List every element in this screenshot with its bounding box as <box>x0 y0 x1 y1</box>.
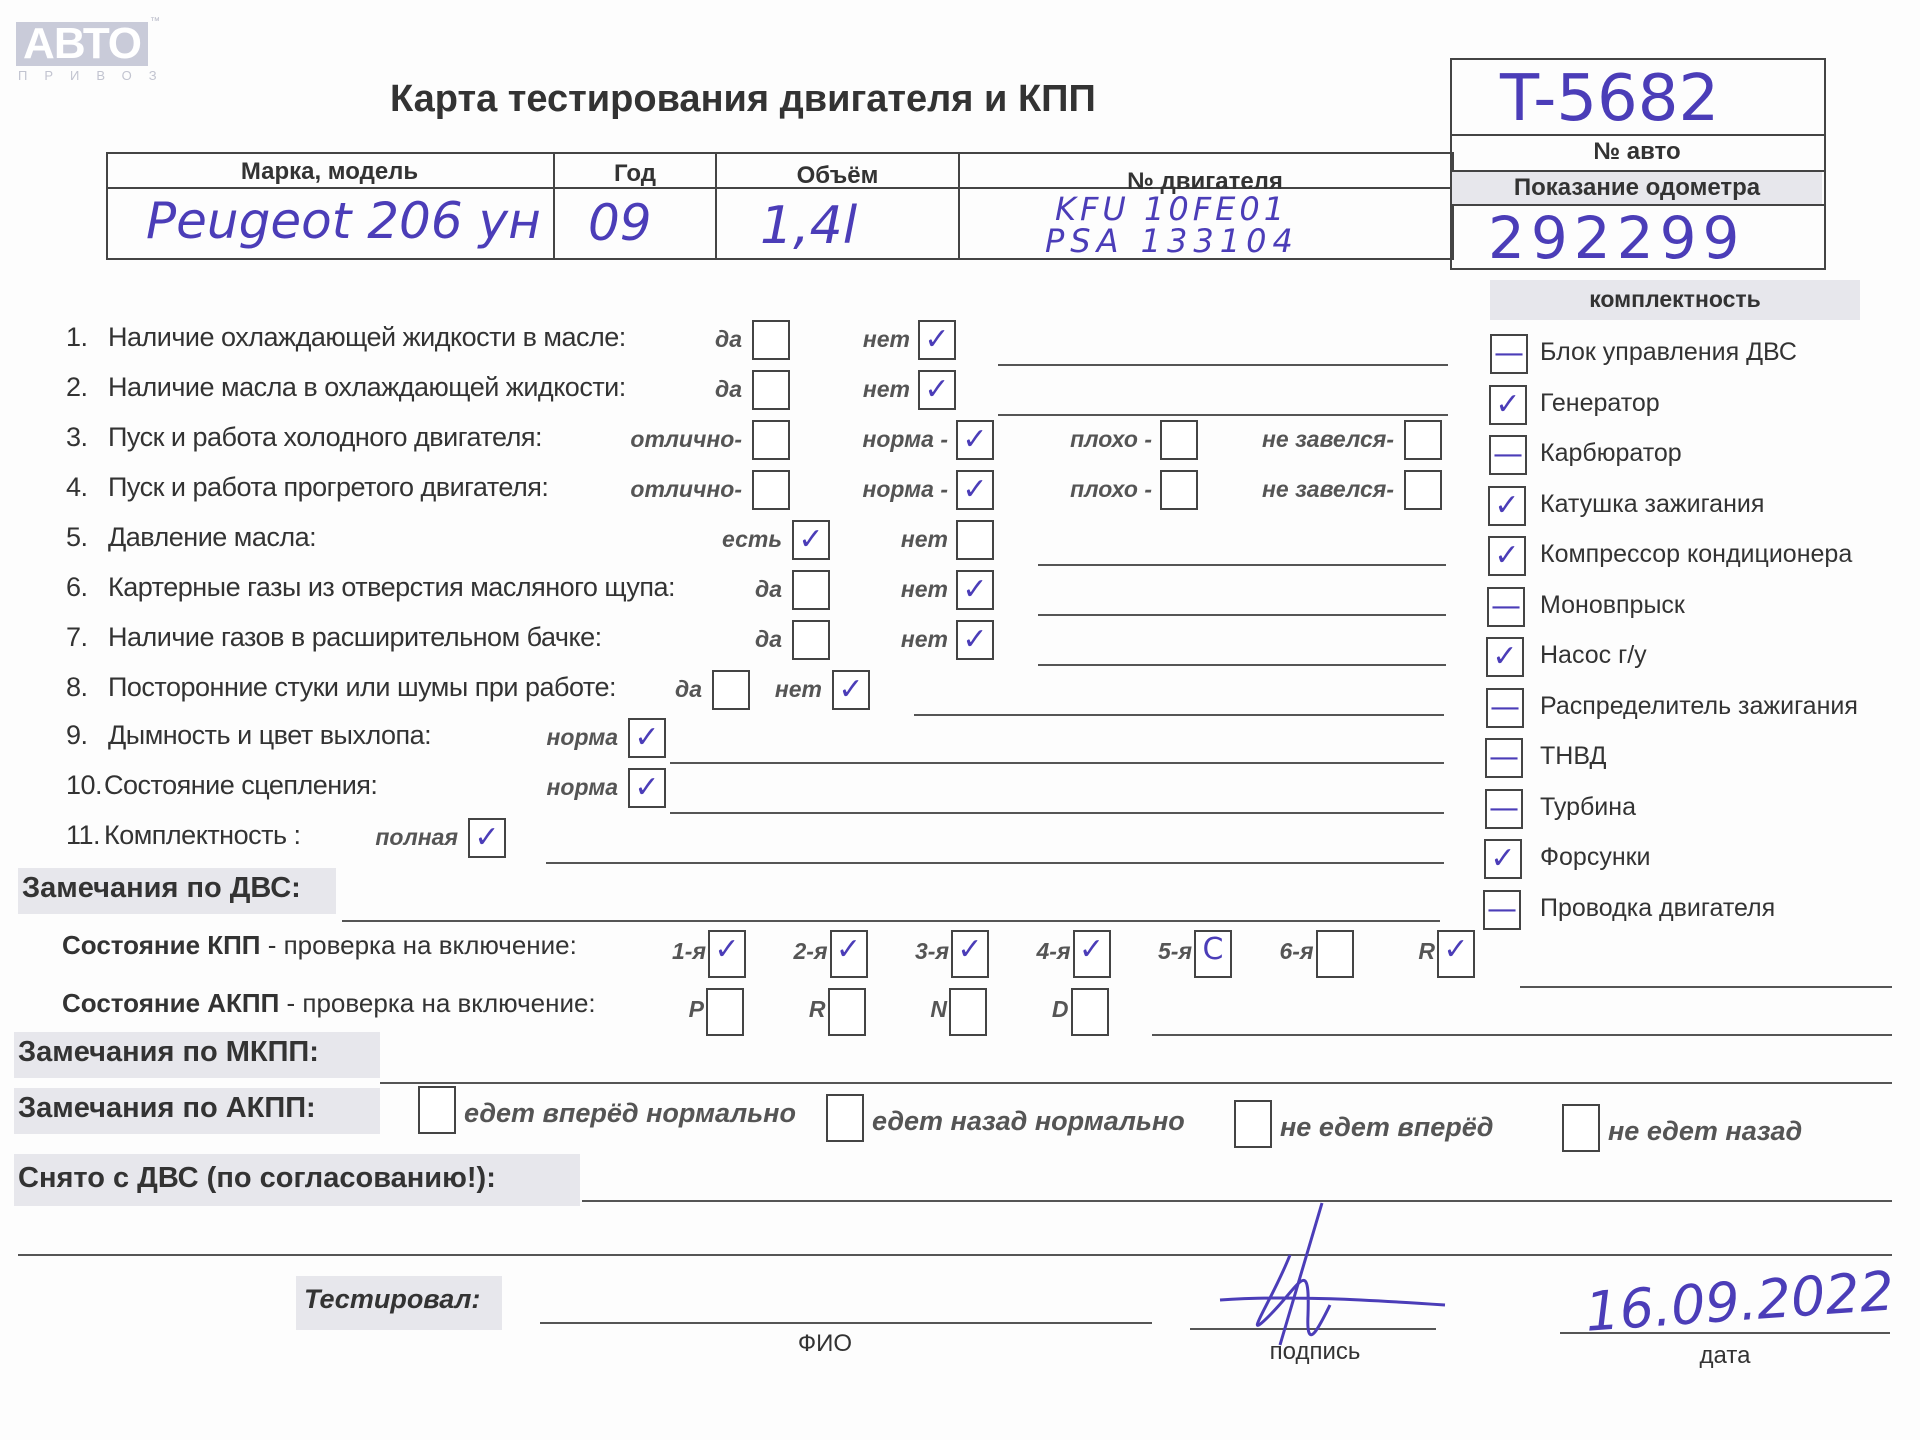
kit-checkbox[interactable]: — <box>1489 435 1527 475</box>
option-checkbox[interactable] <box>1160 470 1198 510</box>
kit-checkbox[interactable]: ✓ <box>1484 839 1522 879</box>
kit-item-label: Форсунки <box>1540 843 1651 872</box>
kit-item-label: Турбина <box>1540 793 1636 822</box>
gear-checkbox[interactable]: ✓ <box>1437 930 1475 978</box>
option-label: да <box>675 676 702 703</box>
notes-line[interactable] <box>670 812 1444 814</box>
option-checkbox[interactable] <box>956 520 994 560</box>
notes-line[interactable] <box>546 862 1444 864</box>
question-text: Давление масла: <box>108 522 316 553</box>
remarks-auto-label: Замечания по АКПП: <box>18 1092 316 1125</box>
option-label: не завелся- <box>1262 426 1394 453</box>
option-checkbox[interactable] <box>792 620 830 660</box>
tested-by-label: Тестировал: <box>304 1284 480 1315</box>
question-text: Состояние сцепления: <box>104 770 377 801</box>
option-checkbox[interactable]: ✓ <box>832 670 870 710</box>
kit-checkbox[interactable]: ✓ <box>1488 486 1526 526</box>
question-number: 8. <box>66 672 88 703</box>
question-number: 3. <box>66 422 88 453</box>
question-text: Комплектность : <box>104 820 301 851</box>
option-label: нет <box>901 626 948 653</box>
logo-trademark: ™ <box>150 16 160 27</box>
model-value[interactable]: Peugeot 206 ун <box>146 192 541 250</box>
fio-label: ФИО <box>740 1330 910 1358</box>
question-number: 5. <box>66 522 88 553</box>
kit-checkbox[interactable]: — <box>1483 890 1521 930</box>
odometer-label: Показание одометра <box>1450 174 1824 202</box>
option-label: да <box>715 376 742 403</box>
auto-remark-checkbox[interactable] <box>1562 1104 1600 1152</box>
gear-checkbox[interactable]: ✓ <box>951 930 989 978</box>
option-label: норма <box>547 774 619 801</box>
date-label: дата <box>1640 1342 1810 1370</box>
option-label: да <box>755 626 782 653</box>
option-label: есть <box>722 526 782 553</box>
option-checkbox[interactable]: ✓ <box>628 768 666 808</box>
question-number: 7. <box>66 622 88 653</box>
gear-label: N <box>930 996 947 1023</box>
auto-remark-checkbox[interactable] <box>418 1086 456 1134</box>
option-label: нет <box>863 376 910 403</box>
gear-label: D <box>1052 996 1069 1023</box>
question-text: Пуск и работа холодного двигателя: <box>108 422 542 453</box>
auto-remark-label: едет вперёд нормально <box>464 1098 796 1129</box>
gear-label: R <box>1418 938 1435 965</box>
notes-line[interactable] <box>1038 664 1446 666</box>
kit-checkbox[interactable]: — <box>1490 334 1528 374</box>
kit-item-label: Блок управления ДВС <box>1540 338 1797 367</box>
auto-gearbox-label-rest: - проверка на включение: <box>279 988 595 1018</box>
gear-checkbox[interactable]: ✓ <box>830 930 868 978</box>
gear-label: 3-я <box>915 938 949 965</box>
kit-item-label: Компрессор кондиционера <box>1540 540 1852 569</box>
option-checkbox[interactable]: ✓ <box>956 470 994 510</box>
removed-line-2[interactable] <box>18 1254 1892 1256</box>
question-text: Пуск и работа прогретого двигателя: <box>108 472 548 503</box>
auto-gearbox-line[interactable] <box>1152 1034 1892 1036</box>
volume-value[interactable]: 1,4l <box>760 196 857 256</box>
gear-label: 1-я <box>672 938 706 965</box>
option-checkbox[interactable]: ✓ <box>628 718 666 758</box>
gear-label: 5-я <box>1158 938 1192 965</box>
kit-checkbox[interactable]: — <box>1487 587 1525 627</box>
remarks-engine-line[interactable] <box>342 920 1440 922</box>
question-number: 2. <box>66 372 88 403</box>
notes-line[interactable] <box>914 714 1444 716</box>
option-checkbox[interactable] <box>752 470 790 510</box>
option-checkbox[interactable] <box>1404 420 1442 460</box>
option-checkbox[interactable] <box>1404 470 1442 510</box>
question-text: Картерные газы из отверстия масляного щу… <box>108 572 675 603</box>
option-checkbox[interactable] <box>752 370 790 410</box>
remarks-manual-label: Замечания по МКПП: <box>18 1036 319 1069</box>
option-checkbox[interactable]: ✓ <box>956 570 994 610</box>
question-text: Наличие охлаждающей жидкости в масле: <box>108 322 626 353</box>
question-number: 11. <box>66 820 100 851</box>
option-label: да <box>715 326 742 353</box>
gear-label: 6-я <box>1280 938 1314 965</box>
signature-mark <box>1210 1195 1460 1355</box>
auto-remark-label: не едет назад <box>1608 1116 1802 1147</box>
gear-label: R <box>809 996 826 1023</box>
option-label: плохо - <box>1070 426 1152 453</box>
option-checkbox[interactable] <box>752 420 790 460</box>
kit-checkbox[interactable]: ✓ <box>1488 536 1526 576</box>
option-checkbox[interactable] <box>792 570 830 610</box>
kit-item-label: Насос г/у <box>1540 641 1647 670</box>
auto-remark-label: не едет вперёд <box>1280 1112 1493 1143</box>
odometer-value[interactable]: 292299 <box>1488 204 1745 272</box>
column-header-model: Марка, модель <box>106 158 553 186</box>
kit-item-label: Проводка двигателя <box>1540 894 1775 923</box>
option-label: нет <box>775 676 822 703</box>
option-checkbox[interactable]: ✓ <box>792 520 830 560</box>
option-checkbox[interactable] <box>1160 420 1198 460</box>
question-text: Посторонние стуки или шумы при работе: <box>108 672 616 703</box>
option-label: нет <box>901 576 948 603</box>
option-label: нет <box>901 526 948 553</box>
document-page: АВТО ™ ПРИВОЗ Карта тестирования двигате… <box>0 0 1920 1440</box>
option-checkbox[interactable] <box>752 320 790 360</box>
manual-gearbox-label-bold: Состояние КПП <box>62 930 261 960</box>
auto-gearbox-label: Состояние АКПП - проверка на включение: <box>62 988 596 1019</box>
auto-remark-checkbox[interactable] <box>826 1094 864 1142</box>
question-number: 9. <box>66 720 88 751</box>
notes-line[interactable] <box>998 364 1448 366</box>
column-header-volume: Объём <box>717 162 958 190</box>
year-value[interactable]: 09 <box>588 194 652 252</box>
auto-remark-checkbox[interactable] <box>1234 1100 1272 1148</box>
option-checkbox[interactable]: ✓ <box>918 320 956 360</box>
page-title: Карта тестирования двигателя и КПП <box>390 78 1096 121</box>
kit-checkbox[interactable]: — <box>1485 738 1523 778</box>
question-text: Наличие газов в расширительном бачке: <box>108 622 602 653</box>
option-label: норма - <box>862 426 948 453</box>
notes-line[interactable] <box>670 762 1444 764</box>
gear-checkbox[interactable]: ✓ <box>1073 930 1111 978</box>
gear-checkbox[interactable] <box>1071 988 1109 1036</box>
question-text: Дымность и цвет выхлопа: <box>108 720 431 751</box>
notes-line[interactable] <box>998 414 1448 416</box>
option-label: норма <box>547 724 619 751</box>
gear-label: 4-я <box>1037 938 1071 965</box>
notes-line[interactable] <box>1038 564 1446 566</box>
question-number: 10. <box>66 770 102 801</box>
option-label: да <box>755 576 782 603</box>
fio-line[interactable] <box>540 1322 1152 1324</box>
option-label: отлично- <box>630 476 742 503</box>
manual-gearbox-label-rest: - проверка на включение: <box>261 930 577 960</box>
kit-checkbox[interactable]: ✓ <box>1489 385 1527 425</box>
question-text: Наличие масла в охлаждающей жидкости: <box>108 372 626 403</box>
gear-checkbox[interactable]: C <box>1194 930 1232 978</box>
gear-checkbox[interactable] <box>828 988 866 1036</box>
remarks-manual-line[interactable] <box>380 1082 1892 1084</box>
option-label: полная <box>375 824 458 851</box>
gear-label: 2-я <box>794 938 828 965</box>
kit-checkbox[interactable]: — <box>1485 789 1523 829</box>
engine-no-line2[interactable]: PSA 133104 <box>1045 222 1299 260</box>
option-checkbox[interactable]: ✓ <box>956 420 994 460</box>
auto-remark-label: едет назад нормально <box>872 1106 1185 1137</box>
gear-checkbox[interactable] <box>1316 930 1354 978</box>
kit-title: комплектность <box>1490 286 1860 313</box>
kit-item-label: Катушка зажигания <box>1540 490 1764 519</box>
car-number-value[interactable]: T-5682 <box>1500 62 1719 136</box>
logo: АВТО <box>16 22 148 66</box>
car-number-label: № авто <box>1450 138 1824 166</box>
question-number: 1. <box>66 322 88 353</box>
kit-item-label: Моновпрыск <box>1540 591 1685 620</box>
kit-item-label: Распределитель зажигания <box>1540 692 1858 721</box>
gear-checkbox[interactable] <box>949 988 987 1036</box>
kit-item-label: ТНВД <box>1540 742 1606 771</box>
removed-label: Снято с ДВС (по согласованию!): <box>18 1162 496 1195</box>
question-number: 4. <box>66 472 88 503</box>
remarks-engine-label: Замечания по ДВС: <box>22 872 301 905</box>
option-checkbox[interactable]: ✓ <box>956 620 994 660</box>
notes-line[interactable] <box>1038 614 1446 616</box>
logo-subtitle: ПРИВОЗ <box>18 68 174 83</box>
auto-gearbox-label-bold: Состояние АКПП <box>62 988 279 1018</box>
manual-gearbox-label: Состояние КПП - проверка на включение: <box>62 930 577 961</box>
gear-label: P <box>689 996 704 1023</box>
kit-checkbox[interactable]: ✓ <box>1486 637 1524 677</box>
question-number: 6. <box>66 572 88 603</box>
kit-item-label: Карбюратор <box>1540 439 1682 468</box>
gear-checkbox[interactable] <box>706 988 744 1036</box>
option-label: отлично- <box>630 426 742 453</box>
kit-item-label: Генератор <box>1540 389 1660 418</box>
option-label: плохо - <box>1070 476 1152 503</box>
column-header-year: Год <box>555 160 715 188</box>
option-label: норма - <box>862 476 948 503</box>
option-label: нет <box>863 326 910 353</box>
option-checkbox[interactable]: ✓ <box>468 818 506 858</box>
gear-checkbox[interactable]: ✓ <box>708 930 746 978</box>
option-checkbox[interactable] <box>712 670 750 710</box>
manual-gearbox-line[interactable] <box>1520 986 1892 988</box>
option-label: не завелся- <box>1262 476 1394 503</box>
kit-checkbox[interactable]: — <box>1486 688 1524 728</box>
option-checkbox[interactable]: ✓ <box>918 370 956 410</box>
